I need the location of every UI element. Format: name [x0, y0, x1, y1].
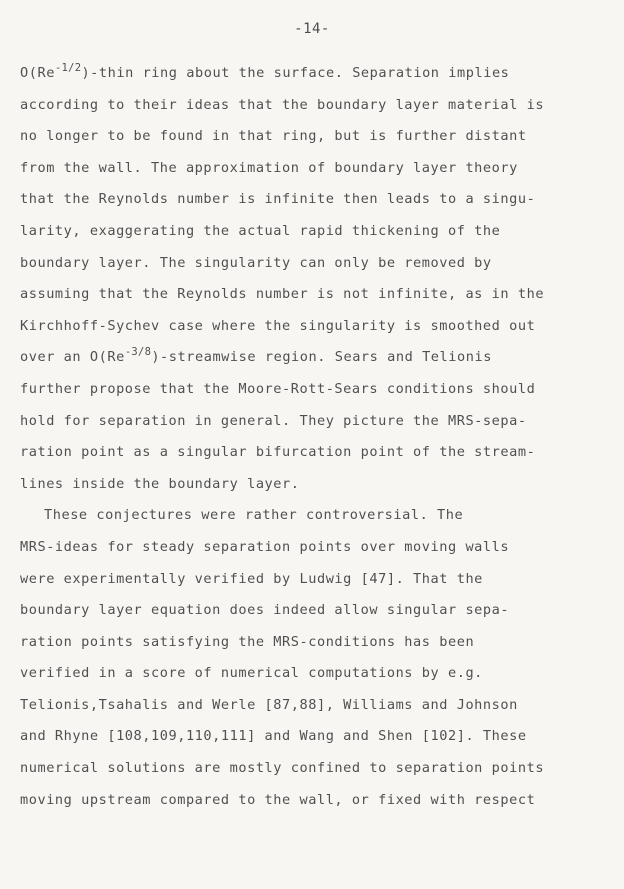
text-line: larity, exaggerating the actual rapid th…: [20, 216, 620, 248]
text-line: boundary layer. The singularity can only…: [20, 248, 620, 280]
text-line: ration point as a singular bifurcation p…: [20, 437, 620, 469]
text-line: no longer to be found in that ring, but …: [20, 121, 620, 153]
body-text: O(Re-1/2)-thin ring about the surface. S…: [20, 58, 620, 816]
exponent: -3/8: [125, 346, 152, 358]
text-line: were experimentally verified by Ludwig […: [20, 564, 620, 596]
text-line: verified in a score of numerical computa…: [20, 658, 620, 690]
text-line: numerical solutions are mostly confined …: [20, 753, 620, 785]
text-line: and Rhyne [108,109,110,111] and Wang and…: [20, 721, 620, 753]
text-line: lines inside the boundary layer.: [20, 469, 620, 501]
text-line: assuming that the Reynolds number is not…: [20, 279, 620, 311]
exponent: -1/2: [55, 62, 82, 74]
text-line: from the wall. The approximation of boun…: [20, 153, 620, 185]
text-line: that the Reynolds number is infinite the…: [20, 184, 620, 216]
text-line: hold for separation in general. They pic…: [20, 406, 620, 438]
text-line: according to their ideas that the bounda…: [20, 90, 620, 122]
text-line: O(Re-1/2)-thin ring about the surface. S…: [20, 58, 620, 90]
text-line: boundary layer equation does indeed allo…: [20, 595, 620, 627]
text-line: further propose that the Moore-Rott-Sear…: [20, 374, 620, 406]
text-line: MRS-ideas for steady separation points o…: [20, 532, 620, 564]
text-line: Kirchhoff-Sychev case where the singular…: [20, 311, 620, 343]
text-line: Telionis,Tsahalis and Werle [87,88], Wil…: [20, 690, 620, 722]
text-line: ration points satisfying the MRS-conditi…: [20, 627, 620, 659]
page-number: -14-: [0, 21, 624, 37]
text-line: These conjectures were rather controvers…: [20, 500, 620, 532]
paragraph: These conjectures were rather controvers…: [20, 500, 620, 816]
text-line: over an O(Re-3/8)-streamwise region. Sea…: [20, 342, 620, 374]
paragraph: O(Re-1/2)-thin ring about the surface. S…: [20, 58, 620, 500]
text-line: moving upstream compared to the wall, or…: [20, 785, 620, 817]
